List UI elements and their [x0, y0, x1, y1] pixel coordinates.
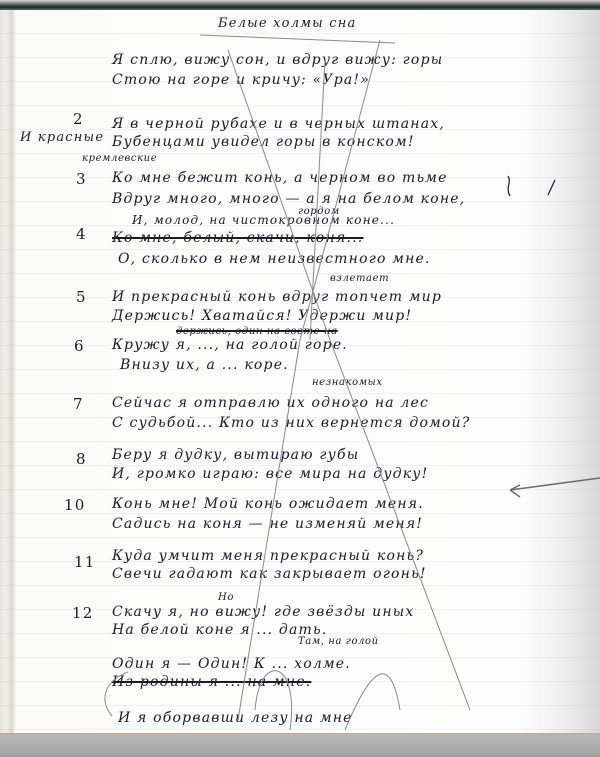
stanza-6-line-2: Внизу их, а ... коре.: [120, 357, 289, 373]
stanza-3-insertion: И, молод, на чистокровном коне...: [132, 213, 395, 227]
stanza-3-line-2: Вдруг много, много — а я на белом коне,: [112, 191, 465, 207]
stanza-7-line-2: С судьбой... Кто из них вернется домой?: [112, 415, 471, 431]
margin-note: И красные: [20, 130, 104, 145]
stanza-12-line-2: На белой коне я ... дать.: [112, 622, 327, 638]
stanza-number: 6: [74, 337, 85, 355]
stanza-5-line-2: Держись! Хватайся! Удержи мир!: [112, 308, 412, 324]
stanza-10-line-1: Конь мне! Мой конь ожидает меня.: [112, 496, 424, 512]
stanza-number: 4: [76, 225, 87, 243]
stanza-5-line-1: И прекрасный конь вдруг топчет мир: [112, 289, 442, 305]
stanza-5-insertion-below: держись, один на свете на: [176, 326, 338, 337]
stanza-6-insertion-below: незнакомых: [312, 377, 383, 388]
stanza-8-line-2: И, громко играю: все мира на дудку!: [112, 466, 428, 482]
stanza-2-insertion: кремлевские: [82, 153, 157, 164]
stanza-number: 3: [76, 170, 87, 188]
scan-bottom-edge: [0, 733, 600, 757]
stanza-6-line-1: Кружу я, ..., на голой горе.: [112, 337, 348, 353]
page-title: Белые холмы сна: [218, 16, 356, 31]
stanza-12-line-1: Скачу я, но вижу! где звёзды иных: [112, 604, 415, 620]
final-stanza-line-1: Один я — Один! К ... холме.: [112, 656, 351, 672]
stanza-2-line-2: Бубенцами увидел горы в конском!: [112, 134, 415, 150]
stanza-10-line-2: Садись на коня — не изменяй меня!: [112, 516, 423, 532]
final-stanza-insertion-above: Там, на голой: [298, 636, 379, 647]
stanza-4-line-1-struck: Ко мне, белый, скачи, коня...: [112, 230, 363, 246]
stanza-4-line-2: О, сколько в нем неизвестного мне.: [118, 251, 431, 267]
stanza-11-line-2: Свечи гадают как закрывает огонь!: [112, 566, 427, 582]
stanza-number: 5: [76, 288, 87, 306]
manuscript-page: Белые холмы сна Я сплю, вижу сон, и вдру…: [0, 10, 600, 733]
scan-top-edge: [0, 0, 600, 10]
stanza-1-line-1: Я сплю, вижу сон, и вдруг вижу: горы: [112, 52, 443, 68]
stanza-3-line-1: Ко мне бежит конь, а черном во тьме: [112, 170, 448, 186]
stanza-number: 11: [74, 553, 96, 571]
closing-line: И я оборвавши лезу на мне: [118, 710, 353, 726]
stanza-number: 10: [64, 496, 86, 514]
stanza-5-insertion-above: взлетает: [330, 273, 389, 284]
stanza-1-line-2: Стою на горе и кричу: «Ура!»: [112, 72, 370, 88]
stanza-11-line-1: Куда умчит меня прекрасный конь?: [112, 548, 424, 564]
stanza-number: 8: [76, 450, 87, 468]
stanza-number: 12: [72, 604, 94, 622]
stanza-number: 7: [73, 395, 84, 413]
final-stanza-line-2-struck: Из родины я ... на мне.: [112, 674, 311, 690]
stanza-12-insertion-above: Но: [218, 592, 234, 603]
stanza-7-line-1: Сейчас я отправлю их одного на лес: [112, 395, 429, 411]
stanza-number: 2: [73, 110, 84, 128]
stanza-8-line-1: Беру я дудку, вытираю губы: [112, 447, 359, 463]
stanza-2-line-1: Я в черной рубахе и в черных штанах,: [112, 116, 445, 132]
